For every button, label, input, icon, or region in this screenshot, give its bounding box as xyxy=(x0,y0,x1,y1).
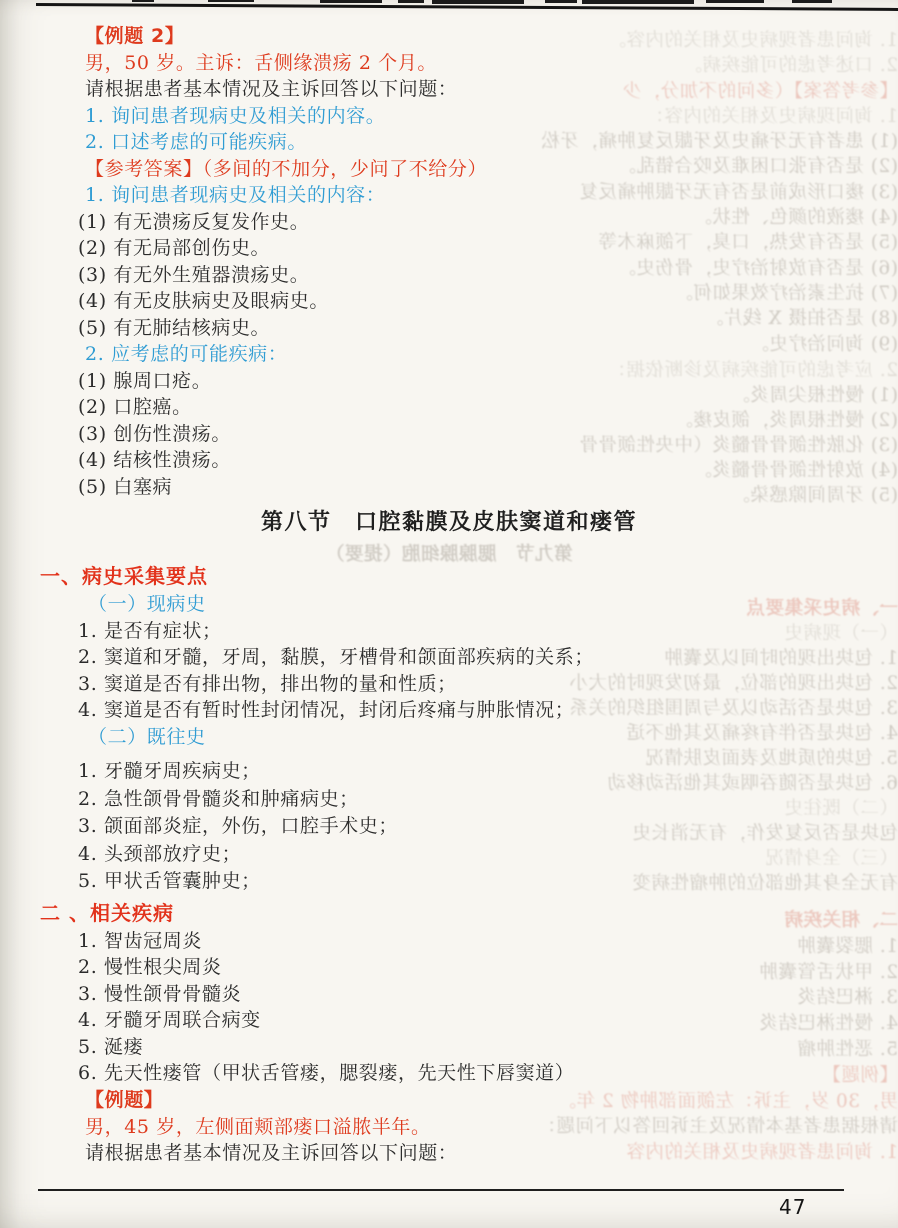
disease-item: 4. 牙髓牙周联合病变 xyxy=(78,1007,898,1034)
past-history-item: 4. 头颈部放疗史； xyxy=(78,841,898,869)
example2-tag: 【例题 2】 xyxy=(85,23,898,50)
answer2-item: (3) 创伤性溃疡。 xyxy=(78,421,898,448)
disease-item: 6. 先天性瘘管（甲状舌管瘘，腮裂瘘，先天性下唇窦道） xyxy=(78,1060,898,1087)
footer-rule xyxy=(38,1189,844,1191)
answer1-item: (2) 有无局部创伤史。 xyxy=(78,235,898,262)
answer2-item: (1) 腺周口疮。 xyxy=(78,368,898,395)
present-illness-item: 1. 是否有症状； xyxy=(78,618,898,645)
answer2-heading: 2. 应考虑的可能疾病： xyxy=(85,341,898,368)
past-history-item: 5. 甲状舌管囊肿史； xyxy=(78,868,898,896)
related-diseases-heading: 二 、相关疾病 xyxy=(40,898,898,928)
subsection-present-illness: （一）现病史 xyxy=(88,591,898,618)
answer1-item: (5) 有无肺结核病史。 xyxy=(78,315,898,342)
disease-item: 2. 慢性根尖周炎 xyxy=(78,954,898,981)
present-illness-item: 2. 窦道和牙髓，牙周，黏膜，牙槽骨和颌面部疾病的关系； xyxy=(78,644,898,671)
past-history-item: 1. 牙髓牙周疾病史； xyxy=(78,758,898,786)
page-content: 【例题 2】 男，50 岁。主诉：舌侧缘溃疡 2 个月。 请根据患者基本情况及主… xyxy=(0,0,898,1228)
disease-item: 5. 涎瘘 xyxy=(78,1034,898,1061)
present-illness-item: 4. 窦道是否有暂时性封闭情况，封闭后疼痛与肿胀情况； xyxy=(78,697,898,724)
example-prompt: 请根据患者基本情况及主诉回答以下问题： xyxy=(85,1140,898,1167)
answer2-item: (4) 结核性溃疡。 xyxy=(78,447,898,474)
history-collection-heading: 一、病史采集要点 xyxy=(40,561,898,591)
example2-chief-complaint: 男，50 岁。主诉：舌侧缘溃疡 2 个月。 xyxy=(85,50,898,77)
page-number: 47 xyxy=(779,1195,806,1219)
answer1-item: (1) 有无溃疡反复发作史。 xyxy=(78,209,898,236)
section-heading: 第八节 口腔黏膜及皮肤窦道和瘘管 xyxy=(0,507,898,537)
example-tag: 【例题】 xyxy=(85,1087,898,1114)
past-history-item: 2. 急性颌骨骨髓炎和肿痛病史； xyxy=(78,786,898,814)
scanned-book-page: 1. 询问患者现病史及相关的内容。2. 口述考虑的可能疾病。【参考答案】（多问的… xyxy=(0,0,898,1228)
answer1-item: (3) 有无外生殖器溃疡史。 xyxy=(78,262,898,289)
answer1-item: (4) 有无皮肤病史及眼病史。 xyxy=(78,288,898,315)
example2-question-2: 2. 口述考虑的可能疾病。 xyxy=(85,129,898,156)
reference-answer-header: 【参考答案】（多间的不加分，少问了不给分） xyxy=(85,156,898,183)
subsection-past-history: （二）既往史 xyxy=(88,724,898,751)
answer2-item: (2) 口腔癌。 xyxy=(78,394,898,421)
answer1-heading: 1. 询问患者现病史及相关的内容： xyxy=(85,182,898,209)
example-chief-complaint: 男，45 岁，左侧面颊部瘘口溢脓半年。 xyxy=(85,1114,898,1141)
example2-question-1: 1. 询问患者现病史及相关的内容。 xyxy=(85,103,898,130)
disease-item: 3. 慢性颌骨骨髓炎 xyxy=(78,981,898,1008)
disease-item: 1. 智齿冠周炎 xyxy=(78,928,898,955)
answer2-item: (5) 白塞病 xyxy=(78,474,898,501)
present-illness-item: 3. 窦道是否有排出物，排出物的量和性质； xyxy=(78,671,898,698)
past-history-item: 3. 颌面部炎症，外伤，口腔手术史； xyxy=(78,813,898,841)
example2-prompt: 请根据患者基本情况及主诉回答以下问题： xyxy=(85,76,898,103)
